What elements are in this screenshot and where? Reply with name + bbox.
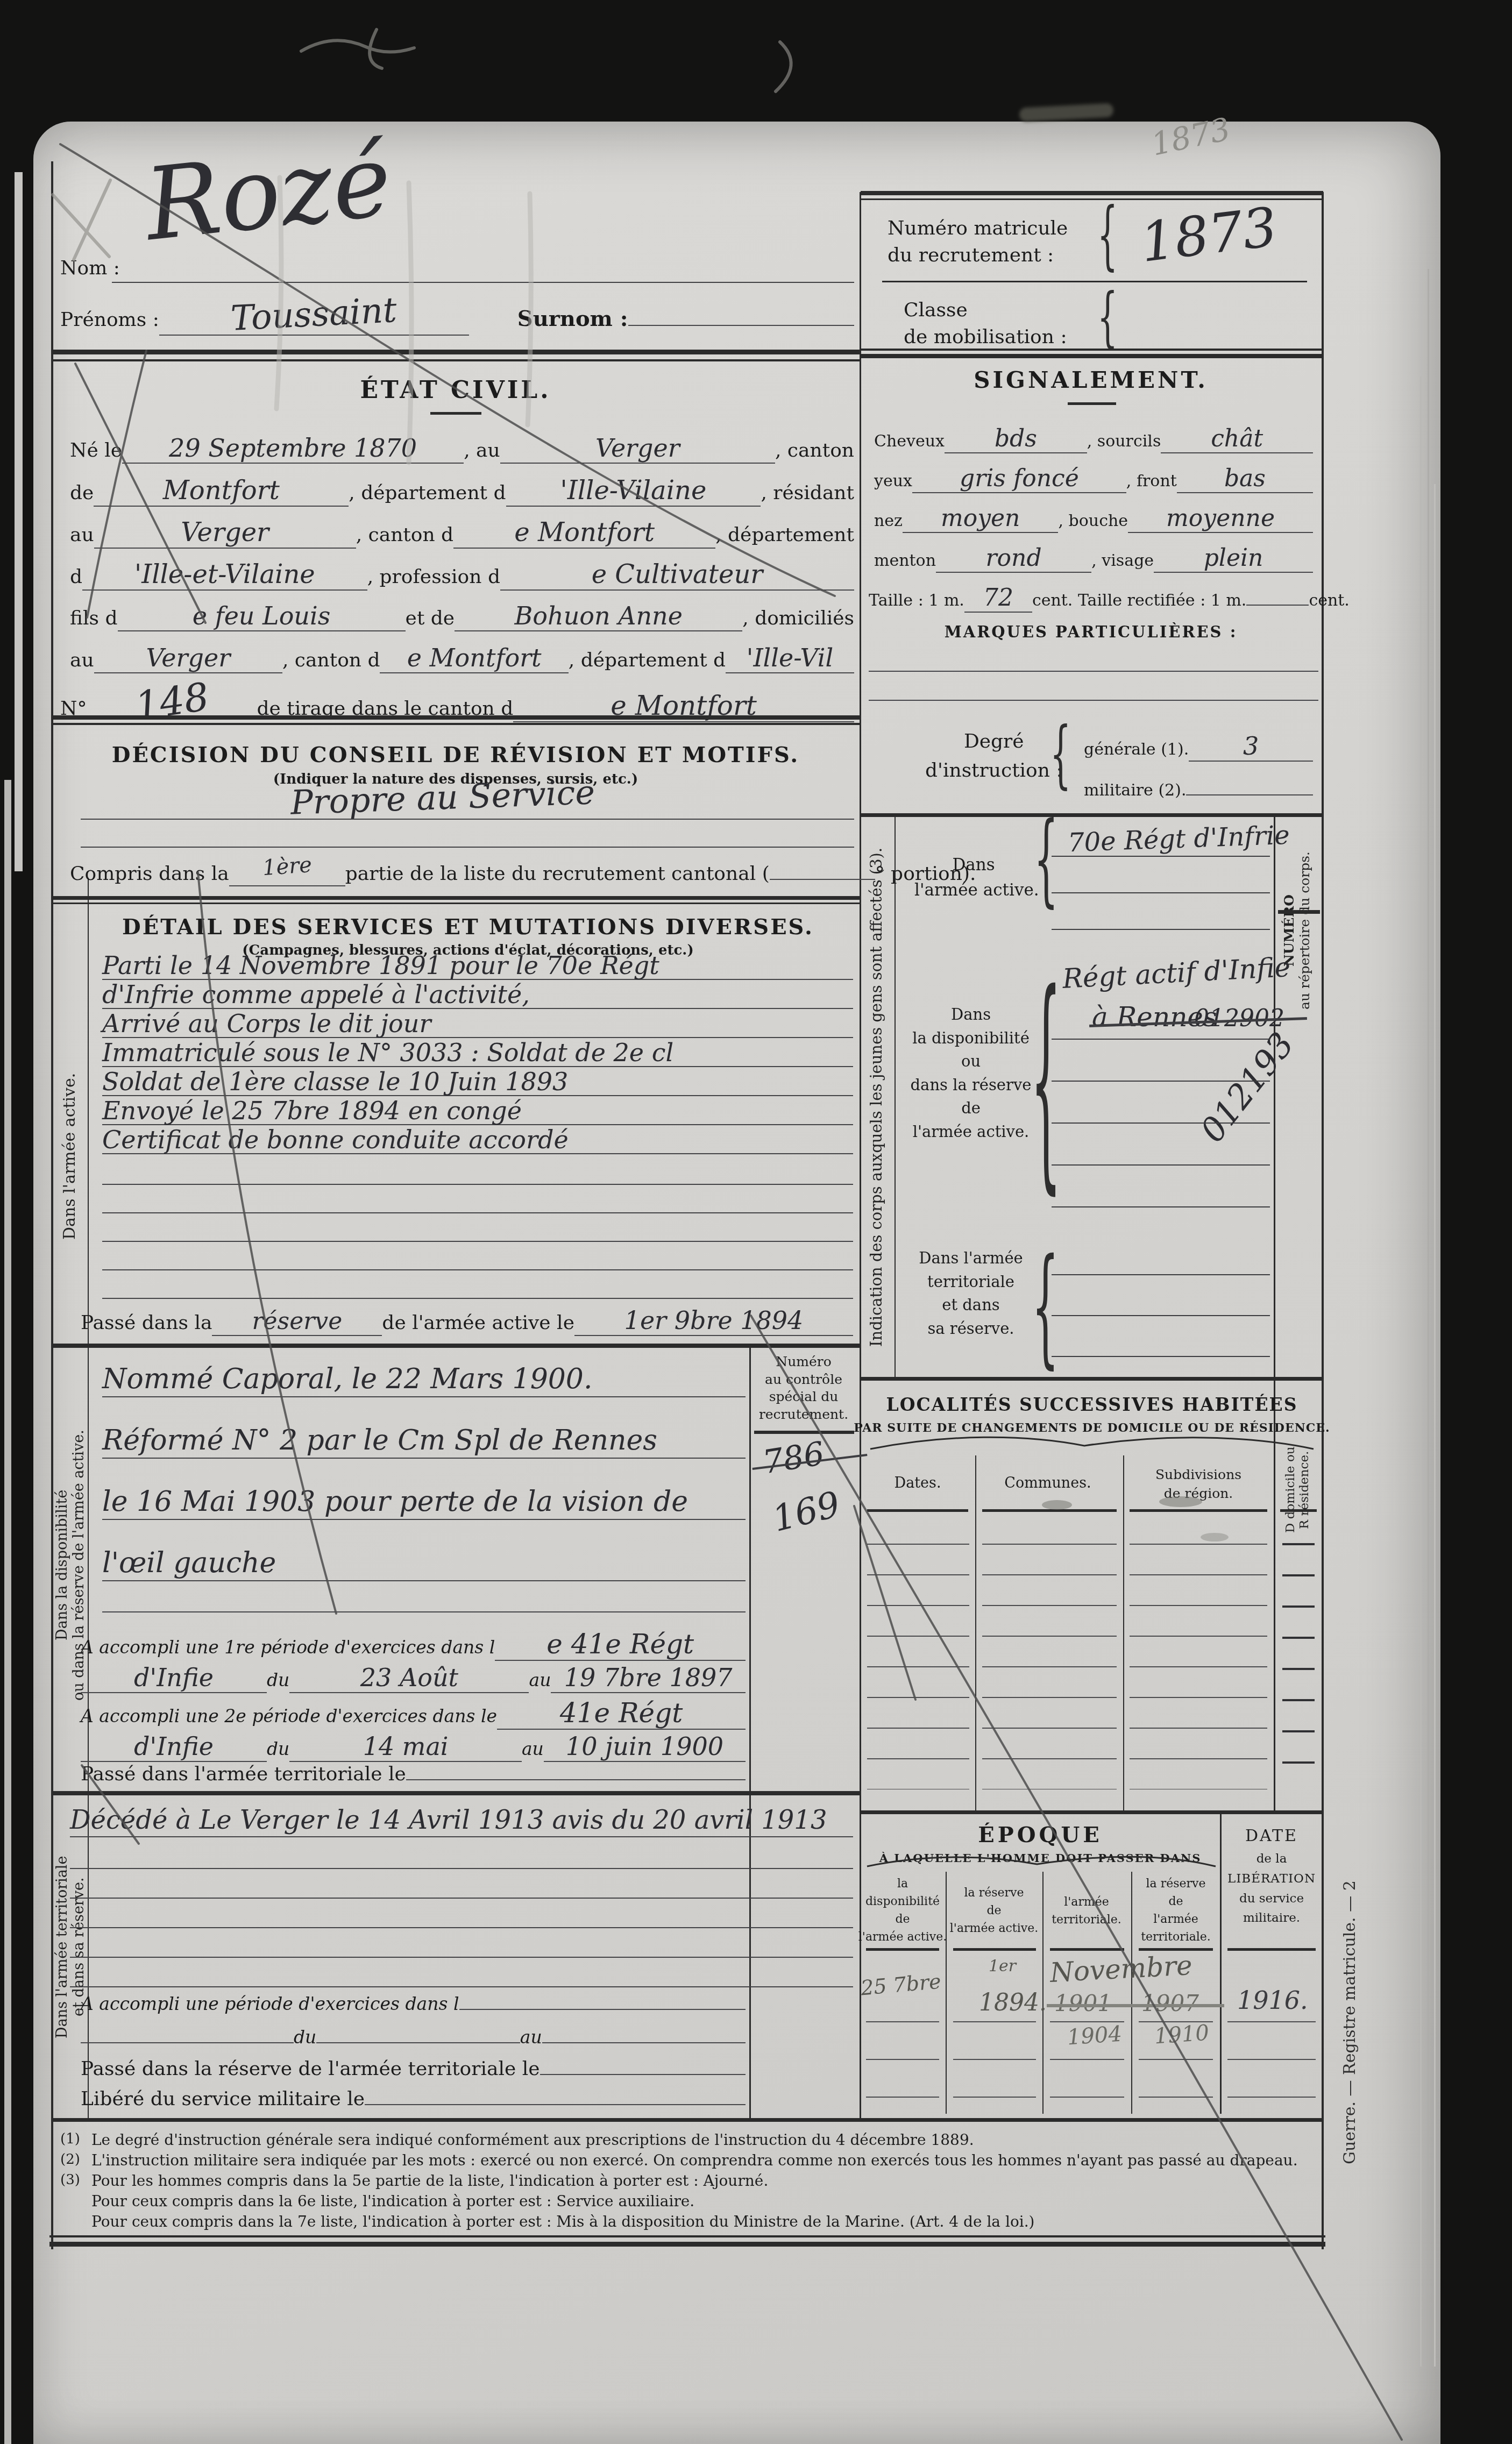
diagonal-stroke — [751, 1316, 1402, 2440]
localites-brace-curve — [870, 1437, 1314, 1449]
diagonal-stroke — [198, 872, 336, 1614]
epoque-brace-curve — [867, 1857, 1216, 1866]
paper-streak — [276, 177, 281, 409]
diagonal-stroke — [854, 1506, 915, 1700]
diagonal-stroke — [87, 351, 146, 617]
pen-strokes-overlay — [0, 0, 1512, 2444]
table-smudge — [1201, 1533, 1229, 1541]
paper-streak — [528, 194, 531, 425]
table-smudge — [1159, 1496, 1202, 1507]
diagonal-stroke — [82, 1765, 139, 1844]
matricule-sheet-scan: Nom : Rozé Prénoms : Toussaint Surnom : … — [0, 0, 1512, 2444]
pencil-squiggle — [74, 180, 110, 260]
pencil-squiggle — [301, 40, 414, 52]
table-smudge — [1042, 1500, 1072, 1510]
pencil-squiggle — [776, 42, 791, 91]
paper-streak — [409, 183, 411, 463]
diagonal-stroke — [60, 144, 835, 596]
